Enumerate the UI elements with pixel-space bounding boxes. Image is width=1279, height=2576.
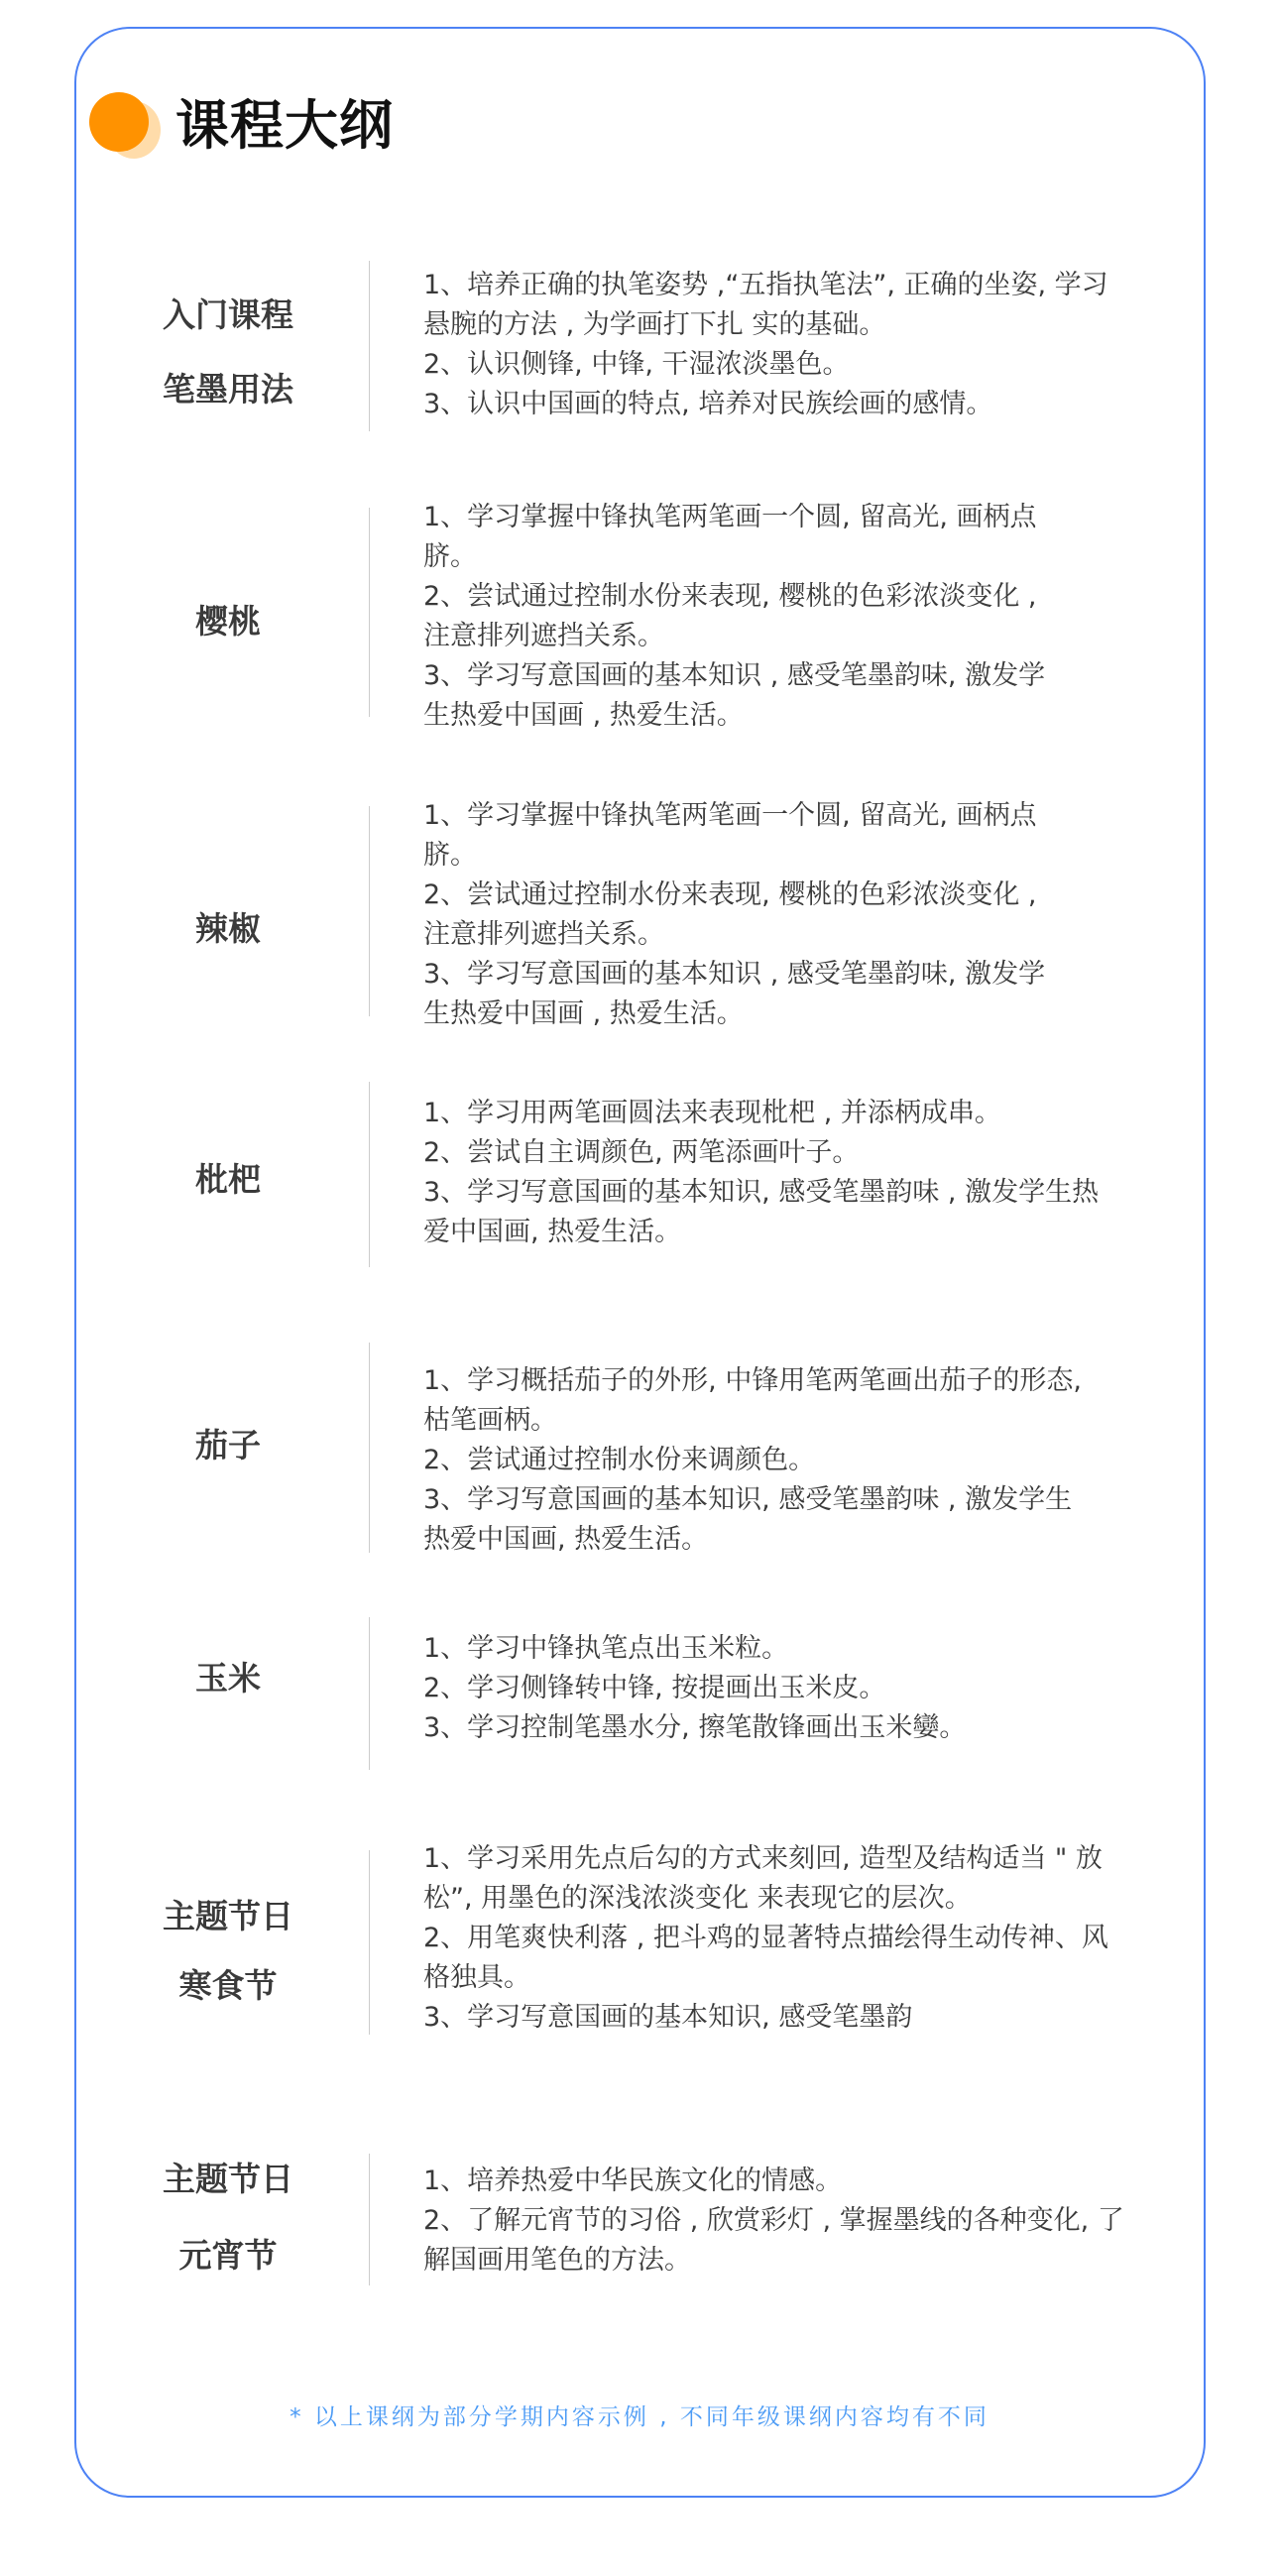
description-line: 悬腕的方法 , 为学画打下扎 实的基础。 [423, 305, 1197, 345]
section-sublabel: 元宵节 [119, 2236, 337, 2276]
section-label: 辣椒 [119, 909, 337, 949]
section-description: 1、学习概括茄子的外形, 中锋用笔两笔画出茄子的形态, 枯笔画柄。 2、尝试通过… [423, 1361, 1197, 1560]
page-title: 课程大纲 [175, 91, 394, 161]
description-line: 1、培养热爱中华民族文化的情感。 [423, 2162, 1197, 2201]
section-divider [369, 1082, 370, 1267]
description-line: 2、尝试通过控制水份来调颜色。 [423, 1441, 1197, 1480]
description-line: 格独具。 [423, 1958, 1197, 1998]
description-line: 2、尝试自主调颜色, 两笔添画叶子。 [423, 1133, 1197, 1173]
description-line: 注意排列遮挡关系。 [423, 617, 1197, 656]
section-label: 茄子 [119, 1426, 337, 1465]
description-line: 脐。 [423, 836, 1197, 876]
title-dot-icon [89, 92, 149, 152]
section-label: 主题节日 [119, 1897, 337, 1936]
description-line: 3、认识中国画的特点, 培养对民族绘画的感情。 [423, 385, 1197, 424]
section-label: 入门课程 [119, 295, 337, 335]
description-line: 1、学习掌握中锋执笔两笔画一个圆, 留高光, 画柄点 [423, 796, 1197, 836]
description-line: 生热爱中国画 , 热爱生活。 [423, 995, 1197, 1034]
section-divider [369, 261, 370, 431]
section-sublabel: 笔墨用法 [119, 370, 337, 410]
section-label: 主题节日 [119, 2160, 337, 2199]
description-line: 1、学习概括茄子的外形, 中锋用笔两笔画出茄子的形态, [423, 1361, 1197, 1401]
description-line: 爱中国画, 热爱生活。 [423, 1213, 1197, 1252]
section-description: 1、培养热爱中华民族文化的情感。 2、了解元宵节的习俗 , 欣赏彩灯 , 掌握墨… [423, 2162, 1197, 2281]
section-description: 1、学习采用先点后勾的方式来刻回, 造型及结构适当 " 放 松”, 用墨色的深浅… [423, 1839, 1197, 2038]
description-line: 3、学习写意国画的基本知识, 感受笔墨韵 [423, 1998, 1197, 2038]
description-line: 2、了解元宵节的习俗 , 欣赏彩灯 , 掌握墨线的各种变化, 了 [423, 2201, 1197, 2241]
description-line: 2、尝试通过控制水份来表现, 樱桃的色彩浓淡变化 , [423, 876, 1197, 915]
section-label: 樱桃 [119, 602, 337, 642]
description-line: 2、用笔爽快利落 , 把斗鸡的显著特点描绘得生动传神、风 [423, 1919, 1197, 1958]
description-line: 3、学习写意国画的基本知识 , 感受笔墨韵味, 激发学 [423, 656, 1197, 696]
description-line: 松”, 用墨色的深浅浓淡变化 来表现它的层次。 [423, 1879, 1197, 1919]
section-label: 枇杷 [119, 1160, 337, 1200]
section-divider [369, 1850, 370, 2035]
description-line: 3、学习写意国画的基本知识, 感受笔墨韵味 , 激发学生 [423, 1480, 1197, 1520]
description-line: 生热爱中国画 , 热爱生活。 [423, 696, 1197, 736]
footnote: * 以上课纲为部分学期内容示例 , 不同年级课纲内容均有不同 [0, 2401, 1279, 2433]
description-line: 1、培养正确的执笔姿势 ,“五指执笔法”, 正确的坐姿, 学习 [423, 266, 1197, 305]
section-description: 1、学习掌握中锋执笔两笔画一个圆, 留高光, 画柄点 脐。 2、尝试通过控制水份… [423, 796, 1197, 1034]
description-line: 3、学习控制笔墨水分, 擦笔散锋画出玉米孌。 [423, 1708, 1197, 1748]
section-divider [369, 1617, 370, 1770]
description-line: 3、学习写意国画的基本知识, 感受笔墨韵味 , 激发学生热 [423, 1173, 1197, 1213]
description-line: 脐。 [423, 537, 1197, 577]
description-line: 2、认识侧锋, 中锋, 干湿浓淡墨色。 [423, 345, 1197, 385]
section-description: 1、培养正确的执笔姿势 ,“五指执笔法”, 正确的坐姿, 学习 悬腕的方法 , … [423, 266, 1197, 424]
description-line: 3、学习写意国画的基本知识 , 感受笔墨韵味, 激发学 [423, 955, 1197, 995]
description-line: 2、尝试通过控制水份来表现, 樱桃的色彩浓淡变化 , [423, 577, 1197, 617]
section-description: 1、学习用两笔画圆法来表现枇杷 , 并添柄成串。 2、尝试自主调颜色, 两笔添画… [423, 1094, 1197, 1252]
section-description: 1、学习掌握中锋执笔两笔画一个圆, 留高光, 画柄点 脐。 2、尝试通过控制水份… [423, 498, 1197, 736]
section-divider [369, 806, 370, 1016]
section-divider [369, 1343, 370, 1553]
description-line: 热爱中国画, 热爱生活。 [423, 1520, 1197, 1560]
section-divider [369, 508, 370, 717]
description-line: 2、学习侧锋转中锋, 按提画出玉米皮。 [423, 1669, 1197, 1708]
description-line: 1、学习中锋执笔点出玉米粒。 [423, 1629, 1197, 1669]
description-line: 解国画用笔色的方法。 [423, 2241, 1197, 2281]
description-line: 注意排列遮挡关系。 [423, 915, 1197, 955]
section-sublabel: 寒食节 [119, 1966, 337, 2006]
section-description: 1、学习中锋执笔点出玉米粒。 2、学习侧锋转中锋, 按提画出玉米皮。 3、学习控… [423, 1629, 1197, 1748]
description-line: 1、学习采用先点后勾的方式来刻回, 造型及结构适当 " 放 [423, 1839, 1197, 1879]
section-label: 玉米 [119, 1659, 337, 1698]
description-line: 1、学习掌握中锋执笔两笔画一个圆, 留高光, 画柄点 [423, 498, 1197, 537]
description-line: 枯笔画柄。 [423, 1401, 1197, 1441]
section-divider [369, 2154, 370, 2285]
description-line: 1、学习用两笔画圆法来表现枇杷 , 并添柄成串。 [423, 1094, 1197, 1133]
